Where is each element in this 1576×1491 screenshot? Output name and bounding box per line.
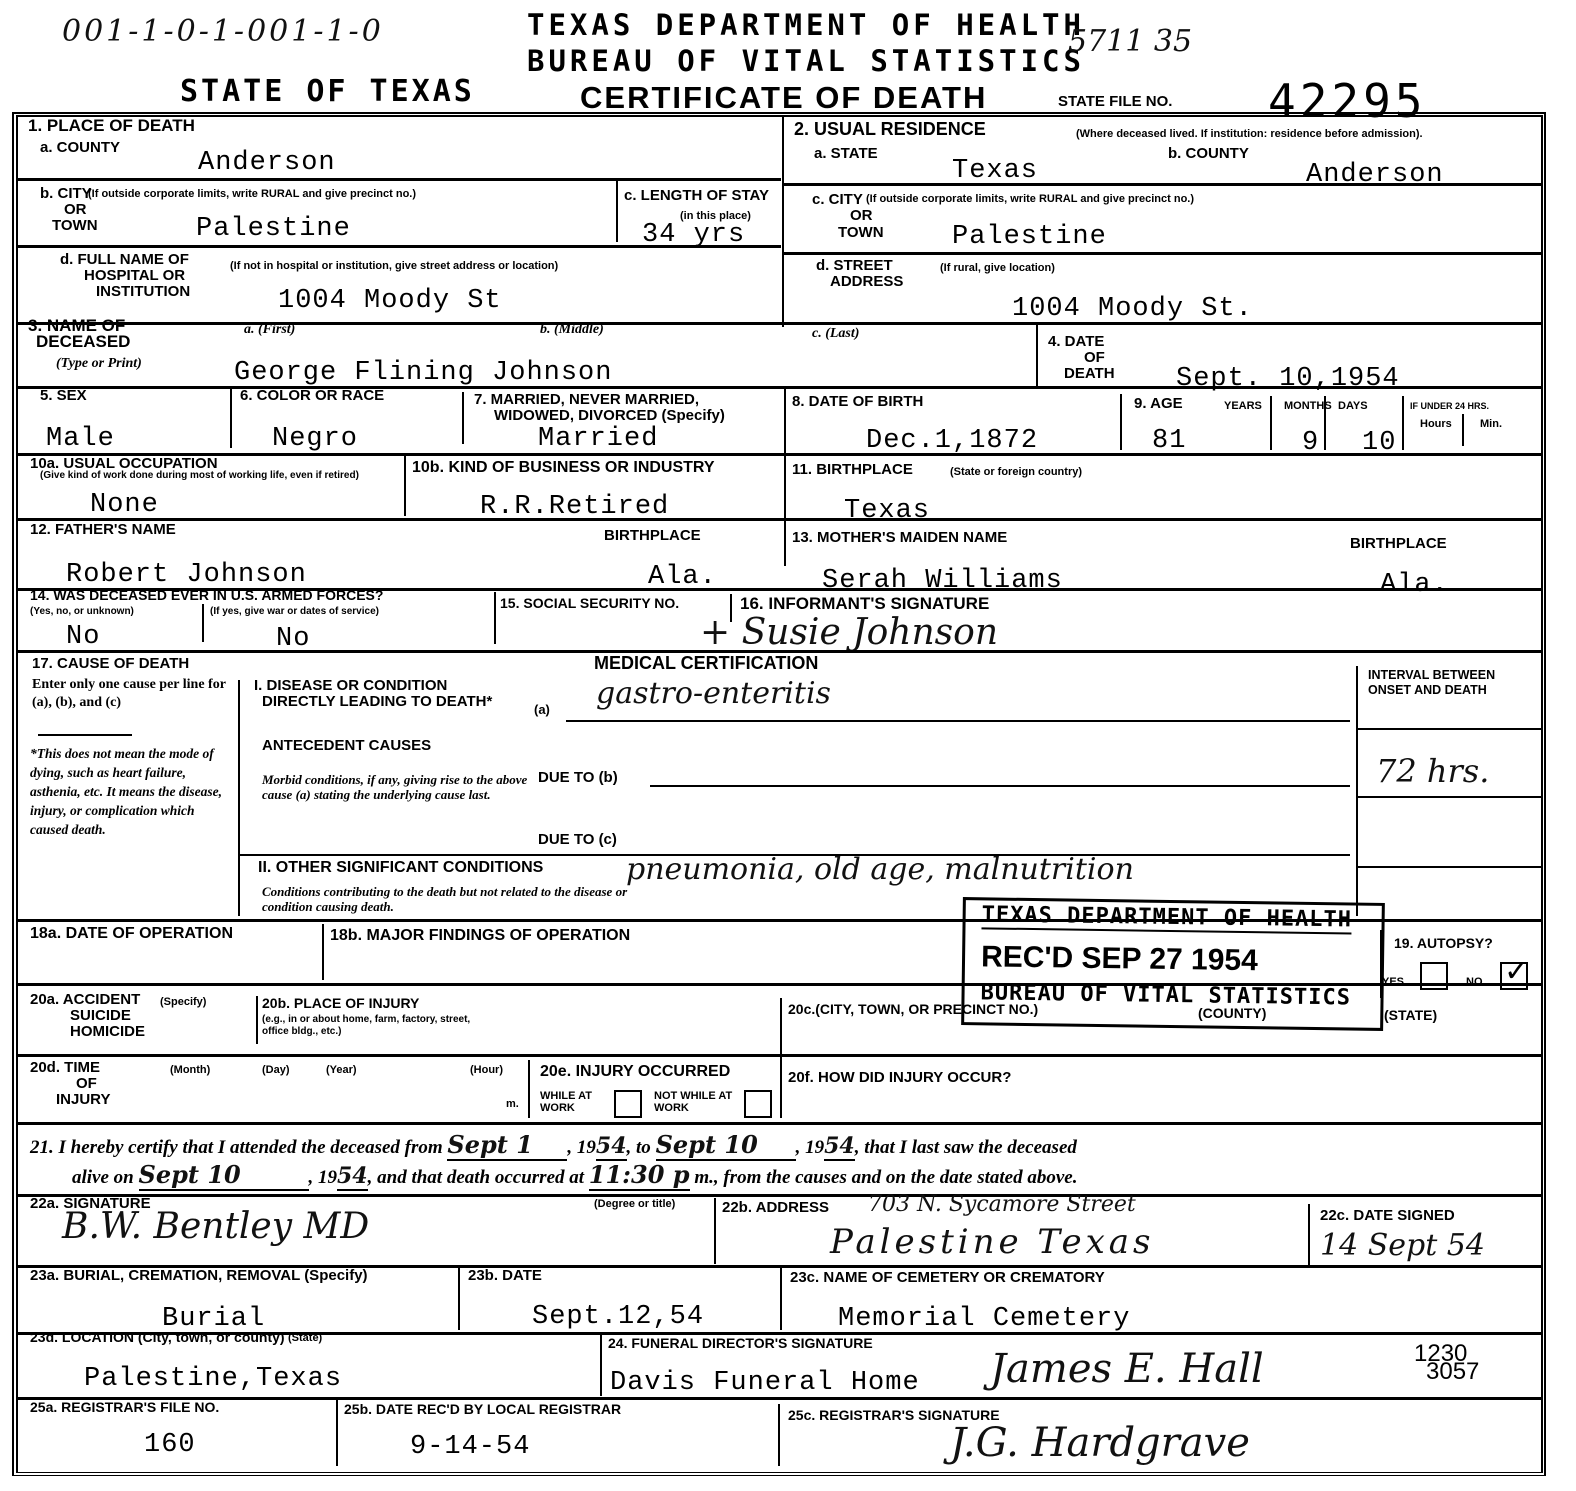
industry-label: 10b. KIND OF BUSINESS OR INDUSTRY <box>412 460 715 475</box>
death-city-value: Palestine <box>196 214 351 244</box>
license-number-2: 3057 <box>1426 1358 1479 1386</box>
received-stamp: TEXAS DEPARTMENT OF HEALTH REC'D SEP 27 … <box>961 897 1385 1031</box>
middle-name-label: b. (Middle) <box>540 322 604 338</box>
due-to-b-label: DUE TO (b) <box>538 770 618 785</box>
m-label: m. <box>506 1098 519 1110</box>
injury-place-note: (e.g., in or about home, farm, factory, … <box>262 1014 492 1038</box>
residence-note: (Where deceased lived. If institution: r… <box>1076 128 1516 140</box>
location-label: 23d. LOCATION (City, town, or county) <box>30 1330 285 1345</box>
operation-findings-label: 18b. MAJOR FINDINGS OF OPERATION <box>330 928 630 943</box>
cert-text-4: m., from the causes and on the date stat… <box>694 1167 1077 1188</box>
county-label: a. COUNTY <box>40 140 120 155</box>
while-at-work-label: WHILE AT WORK <box>540 1090 610 1114</box>
alive-on-label: alive on <box>72 1167 134 1188</box>
cause-of-death-note: Enter only one cause per line for (a), (… <box>32 676 232 712</box>
date-of-death-label-3: DEATH <box>1064 366 1115 381</box>
last-name-label: c. (Last) <box>812 326 859 342</box>
occupation-label: 10a. USUAL OCCUPATION <box>30 456 218 471</box>
deceased-name-label-3: (Type or Print) <box>56 356 142 372</box>
autopsy-label: 19. AUTOPSY? <box>1394 936 1493 951</box>
department-title: TEXAS DEPARTMENT OF HEALTH <box>527 8 1085 42</box>
cert-text-1: 21. I hereby certify that I attended the… <box>30 1137 443 1158</box>
injury-place-label: 20b. PLACE OF INJURY <box>262 996 419 1011</box>
physician-address-label: 22b. ADDRESS <box>722 1200 829 1215</box>
mother-label: 13. MOTHER'S MAIDEN NAME <box>792 530 1007 545</box>
year-prefix: 19 <box>577 1137 596 1158</box>
cemetery-value: Memorial Cemetery <box>838 1304 1130 1334</box>
father-label: 12. FATHER'S NAME <box>30 522 176 537</box>
time-of-injury-label-3: INJURY <box>56 1092 110 1107</box>
marital-label-1: 7. MARRIED, NEVER MARRIED, <box>474 392 699 407</box>
funeral-home-value: Davis Funeral Home <box>610 1368 920 1398</box>
location-value: Palestine,Texas <box>84 1364 342 1394</box>
stamp-line-1: TEXAS DEPARTMENT OF HEALTH <box>981 902 1352 934</box>
state-file-label: STATE FILE NO. <box>1058 94 1172 109</box>
attended-from-year: 54 <box>596 1133 627 1161</box>
residence-label: 2. USUAL RESIDENCE <box>794 122 986 137</box>
part1-label-1: I. DISEASE OR CONDITION <box>254 678 447 693</box>
interval-label: INTERVAL BETWEEN ONSET AND DEATH <box>1368 668 1536 698</box>
autopsy-no-label: NO <box>1466 976 1483 988</box>
part1-label-2: DIRECTLY LEADING TO DEATH* <box>262 694 492 709</box>
city-label: b. CITY <box>40 186 92 201</box>
part2-note: Conditions contributing to the death but… <box>262 884 642 914</box>
day-label: (Day) <box>262 1064 290 1076</box>
stamp-line-3: BUREAU OF VITAL STATISTICS <box>980 980 1351 1010</box>
residence-state-label: a. STATE <box>814 146 878 161</box>
certification-line-2: alive on Sept 10, 1954, and that death o… <box>72 1160 1077 1191</box>
residence-city-label: c. CITY <box>812 192 863 207</box>
autopsy-yes-label: YES <box>1382 976 1404 988</box>
residence-or-label: OR <box>850 208 873 223</box>
date-signed-label: 22c. DATE SIGNED <box>1320 1208 1455 1223</box>
a-label: (a) <box>534 702 550 717</box>
accident-label-2: SUICIDE <box>70 1008 131 1023</box>
to-label: to <box>636 1137 651 1158</box>
location-state-label: (State) <box>288 1332 322 1344</box>
sex-label: 5. SEX <box>40 388 87 403</box>
stamp-line-2: REC'D SEP 27 1954 <box>981 940 1258 978</box>
hospital-label-3: INSTITUTION <box>96 284 190 299</box>
town-label: TOWN <box>52 218 98 233</box>
hospital-label-2: HOSPITAL OR <box>84 268 185 283</box>
birthplace-value: Texas <box>844 496 930 526</box>
certificate-title: CERTIFICATE OF DEATH <box>580 80 987 116</box>
injury-occurred-label: 20e. INJURY OCCURRED <box>540 1064 730 1079</box>
time-of-injury-label-2: OF <box>76 1076 97 1091</box>
cemetery-label: 23c. NAME OF CEMETERY OR CREMATORY <box>790 1270 1105 1285</box>
cert-text-2: that I last saw the deceased <box>864 1137 1077 1158</box>
last-seen-year: 54 <box>337 1163 368 1191</box>
age-label: 9. AGE <box>1134 396 1183 411</box>
antecedent-label: ANTECEDENT CAUSES <box>262 738 431 753</box>
cause-a-value: gastro-enteritis <box>596 676 831 711</box>
first-name-label: a. (First) <box>244 322 295 338</box>
under-24-label: IF UNDER 24 HRS. <box>1410 400 1489 412</box>
degree-label: (Degree or title) <box>594 1198 675 1210</box>
mother-birthplace-label: BIRTHPLACE <box>1350 536 1447 551</box>
handwritten-file-code: 001-1-0-1-001-1-0 <box>62 14 384 49</box>
registrar-signature: J.G. Hardgrave <box>950 1420 1250 1466</box>
father-value: Robert Johnson <box>66 560 307 590</box>
state-title: STATE OF TEXAS <box>180 74 475 109</box>
mother-birthplace-value: Ala. <box>1380 570 1449 600</box>
funeral-director-label: 24. FUNERAL DIRECTOR'S SIGNATURE <box>608 1336 873 1351</box>
armed-forces-value: No <box>66 622 100 652</box>
length-of-stay-label: c. LENGTH OF STAY <box>624 188 774 203</box>
registrar-file-label: 25a. REGISTRAR'S FILE NO. <box>30 1400 219 1415</box>
registrar-file-value: 160 <box>144 1430 196 1460</box>
not-while-at-work-checkbox[interactable] <box>744 1090 772 1118</box>
medical-certification-title: MEDICAL CERTIFICATION <box>594 656 818 671</box>
interval-value: 72 hrs. <box>1376 752 1489 790</box>
due-to-c-label: DUE TO (c) <box>538 832 617 847</box>
disposition-label: 23a. BURIAL, CREMATION, REMOVAL (Specify… <box>30 1268 368 1283</box>
min-label: Min. <box>1480 418 1502 430</box>
birthplace-note: (State or foreign country) <box>950 466 1082 478</box>
injury-state-label: (STATE) <box>1384 1008 1437 1023</box>
burial-date-value: Sept.12,54 <box>532 1302 704 1332</box>
time-of-death: 11:30 p <box>589 1160 690 1191</box>
cert-text-3: and that death occurred at <box>377 1167 584 1188</box>
deceased-name-value: George Flining Johnson <box>234 358 612 388</box>
place-of-death-label: 1. PLACE OF DEATH <box>28 118 195 133</box>
years-label: YEARS <box>1224 400 1262 412</box>
year-label: (Year) <box>326 1064 357 1076</box>
residence-county-label: b. COUNTY <box>1168 146 1249 161</box>
residence-city-value: Palestine <box>952 222 1107 252</box>
cause-of-death-footnote: *This does not mean the mode of dying, s… <box>30 744 230 839</box>
physician-signature: B.W. Bentley MD <box>62 1206 369 1247</box>
bureau-title: BUREAU OF VITAL STATISTICS <box>527 44 1085 78</box>
residence-state-value: Texas <box>952 156 1038 186</box>
father-birthplace-label: BIRTHPLACE <box>604 528 701 543</box>
death-county-value: Anderson <box>198 148 336 178</box>
hospital-value: 1004 Moody St <box>278 286 502 316</box>
local-registrar-date-label: 25b. DATE REC'D BY LOCAL REGISTRAR <box>344 1402 621 1417</box>
certification-line-1: 21. I hereby certify that I attended the… <box>30 1130 1077 1161</box>
deceased-name-label-2: DECEASED <box>36 334 130 349</box>
specify-label: (Specify) <box>160 996 206 1008</box>
occupation-note: (Give kind of work done during most of w… <box>40 470 400 481</box>
date-signed-value: 14 Sept 54 <box>1320 1228 1485 1263</box>
operation-date-label: 18a. DATE OF OPERATION <box>30 926 233 941</box>
month-label: (Month) <box>170 1064 210 1076</box>
while-at-work-checkbox[interactable] <box>614 1090 642 1118</box>
deceased-name-label-1: 3. NAME OF <box>28 318 125 333</box>
street-label-2: ADDRESS <box>830 274 903 289</box>
accident-label-3: HOMICIDE <box>70 1024 145 1039</box>
cause-of-death-label: 17. CAUSE OF DEATH <box>32 656 189 671</box>
physician-address-line-2: Palestine Texas <box>830 1222 1154 1262</box>
other-conditions-value: pneumonia, old age, malnutrition <box>626 852 1134 887</box>
not-while-at-work-label: NOT WHILE AT WORK <box>654 1090 734 1114</box>
date-of-death-value: Sept. 10,1954 <box>1176 364 1400 394</box>
attended-to-year: 54 <box>824 1133 855 1161</box>
ssn-label: 15. SOCIAL SECURITY NO. <box>500 596 679 611</box>
hospital-label-1: d. FULL NAME OF <box>60 252 189 267</box>
part2-label: II. OTHER SIGNIFICANT CONDITIONS <box>258 860 543 875</box>
accident-label-1: 20a. ACCIDENT <box>30 992 140 1007</box>
residence-town-label: TOWN <box>838 225 884 240</box>
date-of-death-label-2: OF <box>1084 350 1105 365</box>
birthplace-label: 11. BIRTHPLACE <box>792 462 913 477</box>
armed-forces-note-1: (Yes, no, or unknown) <box>30 606 134 618</box>
handwritten-number: 5711 35 <box>1068 24 1192 59</box>
hospital-note: (If not in hospital or institution, give… <box>230 260 558 272</box>
street-note: (If rural, give location) <box>940 262 1055 274</box>
hour-label: (Hour) <box>470 1064 503 1076</box>
sex-value: Male <box>46 424 115 454</box>
how-injury-label: 20f. HOW DID INJURY OCCUR? <box>788 1070 1011 1085</box>
days-label: DAYS <box>1338 400 1368 412</box>
city-note: (If outside corporate limits, write RURA… <box>88 188 608 200</box>
marital-label-2: WIDOWED, DIVORCED (Specify) <box>494 408 725 423</box>
hours-label: Hours <box>1420 418 1452 430</box>
physician-address-line-1: 703 N. Sycamore Street <box>868 1192 1136 1217</box>
armed-forces-label: 14. WAS DECEASED EVER IN U.S. ARMED FORC… <box>30 588 383 603</box>
burial-date-label: 23b. DATE <box>468 1268 542 1283</box>
dob-value: Dec.1,1872 <box>866 426 1038 456</box>
date-of-death-label-1: 4. DATE <box>1048 334 1104 349</box>
year-prefix: 19 <box>318 1167 337 1188</box>
attended-to-date: Sept 10 <box>656 1130 796 1161</box>
age-years-value: 81 <box>1152 426 1186 456</box>
race-value: Negro <box>272 424 358 454</box>
armed-forces-note-2: (If yes, give war or dates of service) <box>210 606 379 618</box>
mother-value: Serah Williams <box>822 566 1063 596</box>
or-label: OR <box>64 202 87 217</box>
occupation-value: None <box>90 490 159 520</box>
marital-value: Married <box>538 424 658 454</box>
street-label-1: d. STREET <box>816 258 893 273</box>
informant-signature: + Susie Johnson <box>700 612 998 653</box>
time-of-injury-label-1: 20d. TIME <box>30 1060 100 1075</box>
residence-street-value: 1004 Moody St. <box>1012 294 1253 324</box>
last-seen-date: Sept 10 <box>139 1160 309 1191</box>
race-label: 6. COLOR OR RACE <box>240 388 384 403</box>
local-registrar-date-value: 9-14-54 <box>410 1432 530 1462</box>
funeral-director-signature: James E. Hall <box>990 1346 1264 1392</box>
antecedent-note: Morbid conditions, if any, giving rise t… <box>262 772 538 802</box>
residence-city-note: (If outside corporate limits, write RURA… <box>866 193 1194 205</box>
dob-label: 8. DATE OF BIRTH <box>792 394 923 409</box>
informant-label: 16. INFORMANT'S SIGNATURE <box>740 596 989 611</box>
year-prefix: 19 <box>805 1137 824 1158</box>
attended-from-date: Sept 1 <box>447 1130 567 1161</box>
